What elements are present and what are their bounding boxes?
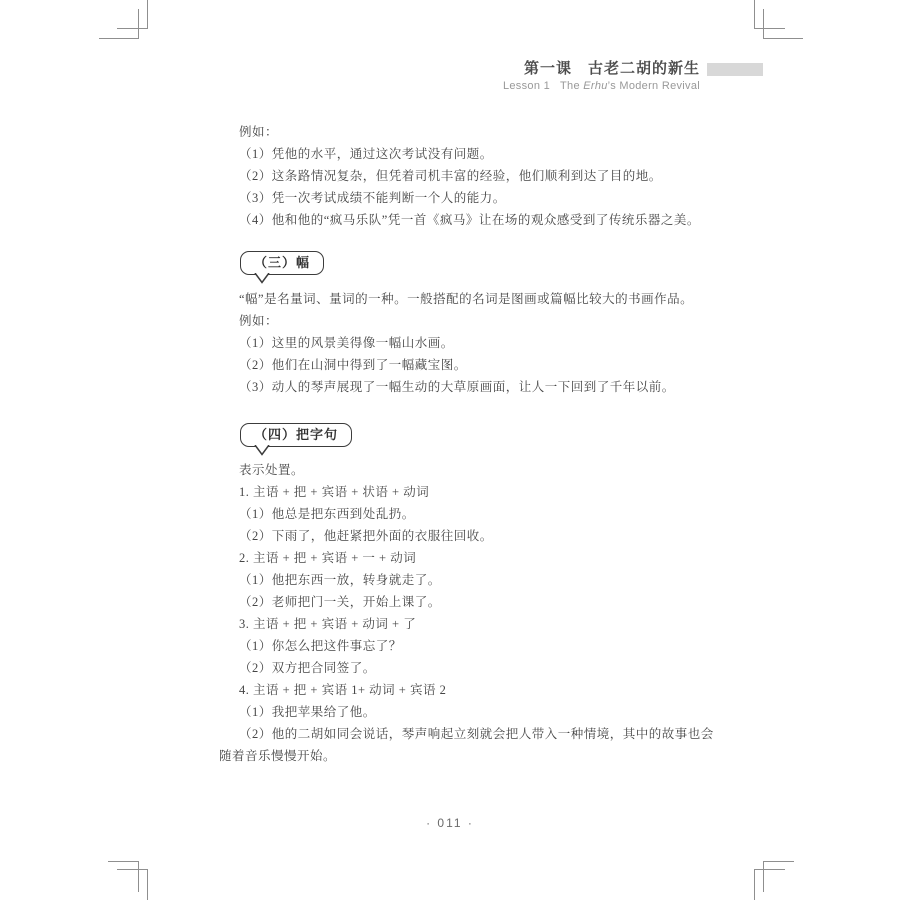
example-item: （2）他们在山洞中得到了一幅藏宝图。 bbox=[219, 354, 719, 376]
bubble-tail-icon bbox=[253, 445, 273, 456]
content-area: 例如： （1）凭他的水平，通过这次考试没有问题。 （2）这条路情况复杂，但凭着司… bbox=[219, 121, 719, 767]
crop-mark-top-right bbox=[755, 0, 786, 29]
example-item: （3）凭一次考试成绩不能判断一个人的能力。 bbox=[219, 187, 719, 209]
section-heading-row: （四）把字句 bbox=[219, 423, 719, 447]
example-item: （2）他的二胡如同会说话，琴声响起立刻就会把人带入一种情境，其中的故事也会随着音… bbox=[219, 723, 719, 767]
lesson-number: Lesson 1 bbox=[503, 80, 550, 92]
example-item: （3）动人的琴声展现了一幅生动的大草原画面，让人一下回到了千年以前。 bbox=[219, 376, 719, 398]
example-item: （1）凭他的水平，通过这次考试没有问题。 bbox=[219, 143, 719, 165]
section-heading-label: （三）幅 bbox=[254, 255, 310, 270]
bubble-tail-icon bbox=[253, 273, 273, 284]
section-heading-bubble-ba: （四）把字句 bbox=[240, 423, 352, 447]
example-item: （4）他和他的“疯马乐队”凭一首《疯马》让在场的观众感受到了传统乐器之美。 bbox=[219, 209, 719, 231]
example-item: （2）双方把合同签了。 bbox=[219, 657, 719, 679]
crop-mark-top-left bbox=[117, 0, 148, 29]
pattern-formula: 1. 主语 + 把 + 宾语 + 状语 + 动词 bbox=[219, 481, 719, 503]
example-item: （2）老师把门一关，开始上课了。 bbox=[219, 591, 719, 613]
example-item: （2）下雨了，他赶紧把外面的衣服往回收。 bbox=[219, 525, 719, 547]
section-heading-label: （四）把字句 bbox=[254, 427, 338, 442]
examples-label: 例如： bbox=[219, 310, 719, 332]
lesson-subtitle-en: Lesson 1The Erhu’s Modern Revival bbox=[503, 78, 700, 94]
lesson-header: 第一课 古老二胡的新生 Lesson 1The Erhu’s Modern Re… bbox=[503, 60, 763, 94]
example-item: （1）你怎么把这件事忘了？ bbox=[219, 635, 719, 657]
lesson-title-cn: 第一课 古老二胡的新生 bbox=[503, 60, 700, 78]
example-item: （1）他总是把东西到处乱扔。 bbox=[219, 503, 719, 525]
section-heading-row: （三）幅 bbox=[219, 251, 719, 275]
example-item: （2）这条路情况复杂，但凭着司机丰富的经验，他们顺利到达了目的地。 bbox=[219, 165, 719, 187]
header-accent-bar bbox=[707, 63, 763, 76]
pattern-formula: 3. 主语 + 把 + 宾语 + 动词 + 了 bbox=[219, 613, 719, 635]
section-description: “幅”是名量词、量词的一种。一般搭配的名词是图画或篇幅比较大的书画作品。 bbox=[219, 288, 719, 310]
pattern-formula: 2. 主语 + 把 + 宾语 + 一 + 动词 bbox=[219, 547, 719, 569]
examples-label: 例如： bbox=[219, 121, 719, 143]
pattern-formula: 4. 主语 + 把 + 宾语 1+ 动词 + 宾语 2 bbox=[219, 679, 719, 701]
crop-mark-bottom-right bbox=[764, 862, 795, 893]
section-description: 表示处置。 bbox=[219, 459, 719, 481]
page-number: · 011 · bbox=[0, 812, 900, 834]
erhu-italic: Erhu bbox=[583, 80, 607, 92]
example-item: （1）他把东西一放，转身就走了。 bbox=[219, 569, 719, 591]
section-heading-bubble-fu: （三）幅 bbox=[240, 251, 324, 275]
crop-mark-bottom-left bbox=[108, 862, 139, 893]
example-item: （1）我把苹果给了他。 bbox=[219, 701, 719, 723]
example-item: （1）这里的风景美得像一幅山水画。 bbox=[219, 332, 719, 354]
book-page: 第一课 古老二胡的新生 Lesson 1The Erhu’s Modern Re… bbox=[0, 0, 900, 900]
